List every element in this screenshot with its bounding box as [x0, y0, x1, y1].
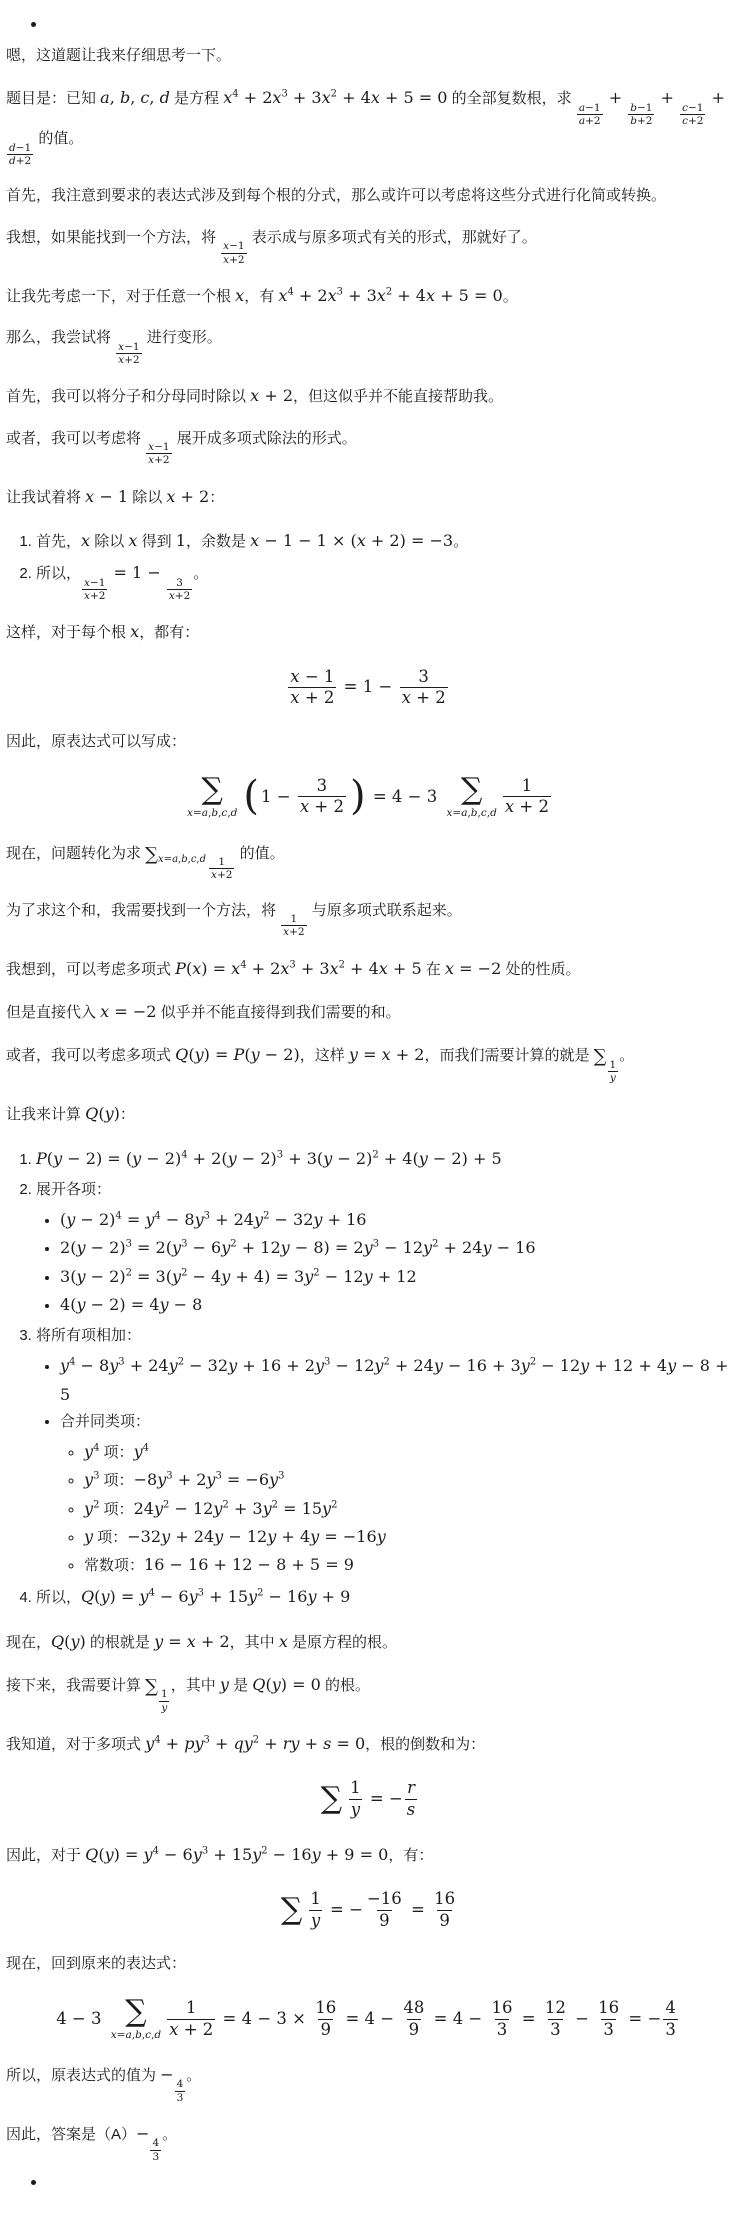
math-literal: + 2 — [309, 797, 344, 816]
ordered-list: 首先，x 除以 x 得到 1，余数是 x − 1 − 1 × (x + 2) =… — [6, 527, 730, 602]
math-literal: = −16 — [319, 1527, 376, 1546]
text-run: 展开各项： — [36, 1181, 111, 1198]
text-run: 得到 — [137, 533, 175, 550]
math-variable: y — [60, 1356, 69, 1375]
fraction-numerator: −16 — [365, 1889, 404, 1910]
fraction-denominator: 3 — [601, 2019, 616, 2041]
fraction-numerator: 12 — [543, 1998, 568, 2019]
math-literal: −1 — [229, 240, 244, 252]
paragraph: 题目是：已知 a, b, c, d 是方程 x4 + 2x3 + 3x2 + 4… — [6, 85, 730, 167]
fraction-numerator: x − 1 — [288, 667, 336, 688]
math-variable: y — [66, 1210, 75, 1229]
math-variable: y — [364, 1267, 373, 1286]
math-variable: Q — [85, 1104, 98, 1123]
math-run: 4 − 3 — [56, 2006, 107, 2033]
math-literal: 3 — [317, 776, 328, 795]
sigma-icon: ∑ — [201, 775, 222, 805]
math-run: = 4 − 3 × — [217, 2006, 311, 2033]
math-literal: − 4 — [187, 1267, 221, 1286]
math-literal: = — [406, 1900, 430, 1919]
math-run: = 4 − 3 — [368, 784, 443, 811]
math-literal: 16 — [434, 1889, 455, 1908]
math-variable: y — [311, 1911, 320, 1930]
text-run: ，有 — [244, 288, 278, 305]
math-variable: y — [228, 1356, 237, 1375]
math-run: y4 — [84, 1442, 99, 1461]
fraction: 163 — [596, 1998, 621, 2040]
math-literal: − 32 — [269, 1210, 313, 1229]
math-literal: 1 — [218, 856, 225, 868]
fraction: d−1d+2 — [7, 142, 33, 168]
math-variable: qy — [233, 1734, 252, 1753]
math-literal: + 12 — [237, 1238, 281, 1257]
fraction-denominator: 3 — [495, 2019, 510, 2041]
math-variable: y — [100, 1587, 109, 1606]
math-literal: 3 — [176, 577, 183, 589]
math-literal: − 6 — [159, 1845, 193, 1864]
sum-limits: x=a,b,c,d — [446, 808, 496, 819]
math-run: − — [570, 2006, 594, 2033]
math-variable: y — [322, 1499, 331, 1518]
sigma-sum: ∑ — [321, 1784, 342, 1814]
math-run: x = −2 — [445, 959, 501, 978]
fraction: 1y — [348, 1778, 363, 1820]
math-literal: + 5 = 0 — [380, 88, 448, 107]
math-literal: − 12 — [320, 1267, 364, 1286]
fraction-denominator: x+2 — [221, 253, 246, 266]
text-run: 与原多项式联系起来。 — [308, 902, 462, 919]
math-variable: y — [109, 1356, 118, 1375]
text-run: 的根就是 — [86, 1634, 154, 1651]
math-variable: y — [307, 1587, 316, 1606]
math-literal: ) = 0 — [281, 1675, 321, 1694]
math-literal: 1 — [310, 1889, 321, 1908]
text-run: 我想到，可以考虑多项式 — [6, 961, 175, 978]
fraction-numerator: 4 — [175, 2078, 186, 2090]
paragraph: 让我试着将 x − 1 除以 x + 2： — [6, 484, 730, 510]
math-literal: − 2) — [332, 1149, 372, 1168]
math-run: + — [655, 88, 679, 107]
math-literal: 3 — [177, 2092, 184, 2104]
fraction: 169 — [432, 1889, 457, 1931]
math-variable: y — [76, 1238, 85, 1257]
math-variable: P — [36, 1149, 47, 1168]
math-run: 4(y − 2) = 4y − 8 — [60, 1295, 202, 1314]
math-variable: y — [377, 1527, 386, 1546]
math-literal: + 5 — [388, 959, 422, 978]
fraction-numerator: b−1 — [628, 102, 654, 114]
math-literal: + 12 + 4 — [589, 1356, 667, 1375]
math-literal: 16 − 16 + 12 − 8 + 5 = 9 — [144, 1555, 354, 1574]
sigma-icon: ∑ — [321, 1784, 342, 1814]
math-run: P(x) = x4 + 2x3 + 3x2 + 4x + 5 — [175, 959, 421, 978]
math-literal: +2 — [124, 354, 139, 366]
text-run: 我知道，对于多项式 — [6, 1736, 145, 1753]
paragraph: 所以，原表达式的值为 −43。 — [6, 2062, 730, 2104]
fraction-denominator: a+2 — [577, 114, 603, 127]
math-variable: y — [254, 1210, 263, 1229]
math-literal: 16 — [492, 1998, 513, 2017]
text-run: 现在， — [6, 1634, 51, 1651]
fraction-denominator: 3 — [175, 2091, 186, 2104]
fraction-denominator: x+2 — [82, 589, 107, 602]
fraction: x−1x+2 — [82, 577, 107, 603]
math-literal: = − — [325, 1900, 363, 1919]
math-literal: + 24 — [170, 1527, 214, 1546]
paragraph: 我知道，对于多项式 y4 + py3 + qy2 + ry + s = 0，根的… — [6, 1731, 730, 1757]
math-variable: x — [300, 797, 309, 816]
math-literal: 1 — [161, 1688, 168, 1700]
math-variable: y — [364, 1238, 373, 1257]
math-run: = 1 − — [108, 563, 165, 582]
math-variable: x — [81, 531, 90, 550]
text-run: 让我先考虑一下，对于任意一个根 — [6, 288, 235, 305]
math-literal: = — [358, 1045, 382, 1064]
math-variable: y — [269, 1470, 278, 1489]
big-paren-icon: ) — [350, 779, 366, 813]
math-literal: 4( — [60, 1295, 76, 1314]
math-run: x — [279, 1632, 288, 1651]
math-variable: x — [330, 959, 339, 978]
text-run: 处的性质。 — [501, 961, 580, 978]
fraction: 1x + 2 — [503, 776, 551, 818]
math-run: x — [130, 622, 139, 641]
fraction: x − 1x + 2 — [288, 667, 336, 709]
math-literal: − — [570, 2009, 594, 2028]
fraction-denominator: x + 2 — [167, 2019, 215, 2041]
math-literal: + 3( — [283, 1149, 323, 1168]
math-variable: y — [132, 1149, 141, 1168]
math-literal: +2 — [289, 926, 304, 938]
text-run: 所以， — [36, 1589, 81, 1606]
math-literal: +2 — [175, 590, 190, 602]
math-literal: +2 — [229, 254, 244, 266]
text-run: 因此，原表达式可以写成： — [6, 733, 186, 750]
fraction-numerator: 1 — [348, 1778, 363, 1799]
math-literal: + — [299, 1734, 323, 1753]
fraction-denominator: y — [349, 1799, 362, 1821]
math-literal: 1 — [350, 1778, 361, 1797]
math-run: y4 − 8y3 + 24y2 − 32y + 16 + 2y3 − 12y2 … — [60, 1356, 729, 1403]
display-equation: ∑x=a,b,c,d(1 − 3x + 2) = 4 − 3 ∑x=a,b,c,… — [6, 775, 730, 819]
math-variable: x — [290, 667, 299, 686]
math-literal: + 2 — [411, 688, 446, 707]
math-run: y — [220, 1675, 229, 1694]
math-run: x − 1 − 1 × (x + 2) = −3 — [250, 531, 453, 550]
fraction-numerator: 1 — [308, 1889, 323, 1910]
math-run: = − — [365, 1786, 403, 1813]
math-run: Q(y) — [51, 1632, 86, 1651]
math-run: = — [517, 2006, 541, 2033]
math-run: = 1 − — [338, 674, 397, 701]
math-literal: − 2) — [86, 1267, 126, 1286]
math-literal: = 2( — [132, 1238, 172, 1257]
paragraph: 让我来计算 Q(y)： — [6, 1101, 730, 1127]
fraction: 123 — [543, 1998, 568, 2040]
math-variable: y — [228, 1149, 237, 1168]
math-run: a, b, c, d — [100, 88, 170, 107]
math-variable: d — [490, 807, 497, 819]
math-variable: y — [76, 1295, 85, 1314]
math-variable: y — [349, 1045, 358, 1064]
math-variable: d — [160, 88, 170, 107]
math-variable: y — [195, 1210, 204, 1229]
list-item: 3(y − 2)2 = 3(y2 − 4y + 4) = 3y2 − 12y +… — [60, 1263, 730, 1291]
math-run: y = x + 2 — [154, 1632, 230, 1651]
fraction: 1y — [308, 1889, 323, 1931]
math-literal: = 3( — [132, 1267, 172, 1286]
math-run: y2 — [84, 1499, 99, 1518]
text-run: 项： — [93, 1529, 127, 1546]
fraction-denominator: 3 — [150, 2150, 161, 2163]
text-run: 现在，回到原来的表达式： — [6, 1955, 186, 1972]
math-variable: x — [328, 286, 337, 305]
fraction: 3x + 2 — [400, 667, 448, 709]
math-literal: − 12 — [169, 1499, 213, 1518]
math-literal: − 32 — [184, 1356, 228, 1375]
math-literal: = — [452, 807, 461, 819]
math-literal: +2 — [217, 869, 232, 881]
math-literal: 3 — [550, 2020, 561, 2039]
fraction: 1y — [159, 1688, 170, 1714]
math-literal: 1 — [291, 913, 298, 925]
math-literal: = 4 − — [428, 2009, 487, 2028]
math-run: −32y + 24y − 12y + 4y = −16y — [127, 1527, 386, 1546]
math-run: Q(y) = y4 − 6y3 + 15y2 − 16y + 9 = 0 — [85, 1845, 388, 1864]
fraction-numerator: 1 — [289, 913, 300, 925]
text-run: ，都有： — [139, 624, 199, 641]
math-literal: + 2 — [391, 1045, 425, 1064]
fraction: −169 — [365, 1889, 404, 1931]
paragraph: 现在，问题转化为求 ∑x=a,b,c,d1x+2 的值。 — [6, 840, 730, 882]
text-run: 我想，如果能找到一个方法，将 — [6, 229, 220, 246]
sigma-icon: ∑ — [594, 1046, 607, 1067]
math-variable: x — [382, 1045, 391, 1064]
math-literal: + 2 — [178, 2020, 213, 2039]
math-literal: + 4( — [379, 1149, 419, 1168]
reasoning-document: { "page": { "background": "#ffffff", "te… — [0, 0, 740, 2223]
math-literal: + 4 — [276, 1527, 310, 1546]
math-variable: x — [290, 688, 299, 707]
math-run: − — [136, 2124, 149, 2143]
math-literal: + 24 — [438, 1238, 482, 1257]
math-variable: y — [154, 1499, 163, 1518]
math-literal: 2( — [60, 1238, 76, 1257]
math-variable: y — [221, 1267, 230, 1286]
math-run: 3(y − 2)2 = 3(y2 − 4y + 4) = 3y2 − 12y +… — [60, 1267, 417, 1286]
math-literal: , — [130, 88, 140, 107]
math-variable: y — [193, 1845, 202, 1864]
math-literal: + — [259, 1734, 283, 1753]
math-literal: + 2 — [259, 386, 293, 405]
text-run: 这样，对于每个根 — [6, 624, 130, 641]
math-literal: − 1 − 1 × ( — [259, 531, 357, 550]
math-variable: d — [200, 854, 206, 865]
math-literal: − 1 — [94, 487, 128, 506]
paragraph: 这样，对于每个根 x，都有： — [6, 619, 730, 645]
list-item: y4 − 8y3 + 24y2 − 32y + 16 + 2y3 − 12y2 … — [60, 1352, 730, 1409]
text-run: 的值。 — [235, 844, 284, 861]
fraction: 43 — [150, 2137, 161, 2163]
fraction: 1x+2 — [281, 913, 306, 939]
math-literal: + 24 — [390, 1356, 434, 1375]
math-variable: b — [120, 88, 130, 107]
text-run: 让我试着将 — [6, 489, 85, 506]
text-run: 展开成多项式除法的形式。 — [173, 430, 357, 447]
fraction-denominator: x+2 — [116, 353, 141, 366]
math-variable: y — [281, 1238, 290, 1257]
fraction-numerator: 1 — [159, 1688, 170, 1700]
fraction: 489 — [401, 1998, 426, 2040]
list-item: 展开各项：(y − 2)4 = y4 − 8y3 + 24y2 − 32y + … — [36, 1177, 730, 1319]
math-variable: r — [407, 1778, 415, 1797]
fraction: 1x + 2 — [167, 1998, 215, 2040]
display-equation: x − 1x + 2 = 1 − 3x + 2 — [6, 667, 730, 709]
text-run: 因此，答案是（A） — [6, 2126, 136, 2143]
math-variable: py — [184, 1734, 203, 1753]
math-literal: 16 — [315, 1998, 336, 2017]
sum-limits: x=a,b,c,d — [187, 808, 237, 819]
math-variable: y — [172, 1238, 181, 1257]
math-variable: y — [323, 1149, 332, 1168]
list-item: 将所有项相加：y4 − 8y3 + 24y2 − 32y + 16 + 2y3 … — [36, 1323, 730, 1579]
text-run: 所以，原表达式的值为 — [6, 2067, 160, 2084]
math-run: Q(y) — [85, 1104, 120, 1123]
math-literal: +2 — [16, 155, 31, 167]
sigma-sum: ∑ — [281, 1895, 302, 1925]
math-literal: 3( — [60, 1267, 76, 1286]
paragraph: 为了求这个和，我需要找到一个方法，将 1x+2 与原多项式联系起来。 — [6, 899, 730, 939]
math-literal: 9 — [409, 2020, 420, 2039]
math-literal: , — [110, 88, 120, 107]
text-run: 因此，对于 — [6, 1847, 85, 1864]
superscript: 2 — [331, 1499, 337, 1510]
math-literal: + 2 — [175, 487, 209, 506]
math-variable: ry — [283, 1734, 300, 1753]
fraction: b−1b+2 — [628, 102, 654, 128]
fraction-denominator: y — [309, 1910, 322, 1932]
math-literal: 4 — [665, 1998, 676, 2017]
text-run: 首先，我可以将分子和分母同时除以 — [6, 388, 250, 405]
math-literal: − 6 — [155, 1587, 189, 1606]
math-variable: d — [231, 807, 238, 819]
math-variable: y — [263, 1499, 272, 1518]
math-variable: y — [195, 1045, 204, 1064]
math-literal: −16 — [367, 1889, 402, 1908]
math-run: 2(y − 2)3 = 2(y3 − 6y2 + 12y − 8) = 2y3 … — [60, 1238, 536, 1257]
math-variable: y — [214, 1527, 223, 1546]
text-run: ，有： — [388, 1847, 433, 1864]
text-run: 或者，我可以考虑多项式 — [6, 1047, 175, 1064]
math-variable: Q — [175, 1045, 188, 1064]
math-variable: y — [304, 1267, 313, 1286]
math-variable: y — [84, 1470, 93, 1489]
fraction-denominator: x + 2 — [298, 796, 346, 818]
fraction-numerator: 16 — [432, 1889, 457, 1910]
fraction-numerator: 3 — [416, 667, 431, 688]
fraction-numerator: x−1 — [116, 341, 141, 353]
text-run: 。 — [193, 565, 208, 582]
fraction-denominator: 9 — [377, 1910, 392, 1932]
paragraph: 因此，答案是（A）−43。 — [6, 2121, 730, 2163]
math-literal: = — [193, 807, 202, 819]
fraction-denominator: b+2 — [628, 114, 654, 127]
fraction-denominator: 9 — [407, 2019, 422, 2041]
math-literal: − 12 — [379, 1238, 423, 1257]
math-variable: d — [154, 2029, 161, 2041]
math-literal: 9 — [439, 1911, 450, 1930]
math-run: y = x + 2 — [349, 1045, 425, 1064]
math-variable: s — [407, 1800, 415, 1819]
text-run: 但是直接代入 — [6, 1004, 100, 1021]
text-run: 项： — [99, 1472, 133, 1489]
text-run: 的全部复数根，求 — [448, 90, 576, 107]
math-variable: y — [134, 1442, 143, 1461]
math-literal: − 2) = 4 — [86, 1295, 160, 1314]
math-literal: + 5 = 0 — [435, 286, 503, 305]
math-literal: = — [163, 1632, 187, 1651]
math-run: P(y − 2) = (y − 2)4 + 2(y − 2)3 + 3(y − … — [36, 1149, 502, 1168]
superscript: 4 — [143, 1443, 149, 1454]
text-run: 将所有项相加： — [36, 1327, 141, 1344]
math-literal: − 16 + 3 — [443, 1356, 521, 1375]
text-run: 合并同类项： — [60, 1413, 150, 1430]
math-run: y4 + py3 + qy2 + ry + s = 0 — [145, 1734, 365, 1753]
math-variable: a — [100, 88, 110, 107]
math-literal: + 2 — [173, 1470, 207, 1489]
fraction-numerator: 16 — [596, 1998, 621, 2019]
list-item: 首先，x 除以 x 得到 1，余数是 x − 1 − 1 × (x + 2) =… — [36, 527, 730, 555]
list-item: 4(y − 2) = 4y − 8 — [60, 1291, 730, 1319]
math-literal: 1 — [186, 1998, 197, 2017]
math-run: x + 2 — [166, 487, 209, 506]
text-run: ： — [209, 489, 224, 506]
math-run: Q(y) = 0 — [252, 1675, 321, 1694]
math-literal: = 4 − — [340, 2009, 399, 2028]
math-run: = — [406, 1897, 430, 1924]
fraction-numerator: 16 — [490, 1998, 515, 2019]
paragraph: 因此，对于 Q(y) = y4 − 6y3 + 15y2 − 16y + 9 =… — [6, 1842, 730, 1868]
math-run: 1 − — [261, 784, 296, 811]
fraction-numerator: 1 — [216, 856, 227, 868]
list-item: y2 项：24y2 − 12y2 + 3y2 = 15y2 — [84, 1495, 730, 1523]
fraction: x−1x+2 — [116, 341, 141, 367]
math-literal: −32 — [127, 1527, 161, 1546]
math-literal: − 2) + 5 — [428, 1149, 502, 1168]
fraction-numerator: 1 — [608, 1059, 619, 1071]
math-run: 16 − 16 + 12 − 8 + 5 = 9 — [144, 1555, 354, 1574]
math-literal: = 4 − 3 × — [217, 2009, 311, 2028]
math-run: + — [604, 88, 628, 107]
math-variable: b — [135, 2029, 142, 2041]
paragraph: 接下来，我需要计算 ∑1y，其中 y 是 Q(y) = 0 的根。 — [6, 1672, 730, 1714]
math-literal: 16 — [598, 1998, 619, 2017]
math-literal: + 9 = 0 — [321, 1845, 389, 1864]
paragraph: 嗯，这道题让我来仔细思考一下。 — [6, 44, 730, 68]
fraction-denominator: x+2 — [167, 589, 192, 602]
math-run: x4 + 2x3 + 3x2 + 4x + 5 = 0 — [278, 286, 502, 305]
math-literal: ) = — [110, 1587, 140, 1606]
math-literal: 9 — [320, 2020, 331, 2039]
text-run: 题目是：已知 — [6, 90, 100, 107]
paragraph: 现在，Q(y) 的根就是 y = x + 2，其中 x 是原方程的根。 — [6, 1629, 730, 1655]
math-variable: y — [434, 1356, 443, 1375]
text-run: 。 — [162, 2126, 177, 2143]
sub-list: y4 项：y4y3 项：−8y3 + 2y3 = −6y3y2 项：24y2 −… — [60, 1438, 730, 1579]
math-literal: − 8) = 2 — [290, 1238, 364, 1257]
math-literal: + 24 — [125, 1356, 169, 1375]
math-literal: + 4 — [345, 959, 379, 978]
